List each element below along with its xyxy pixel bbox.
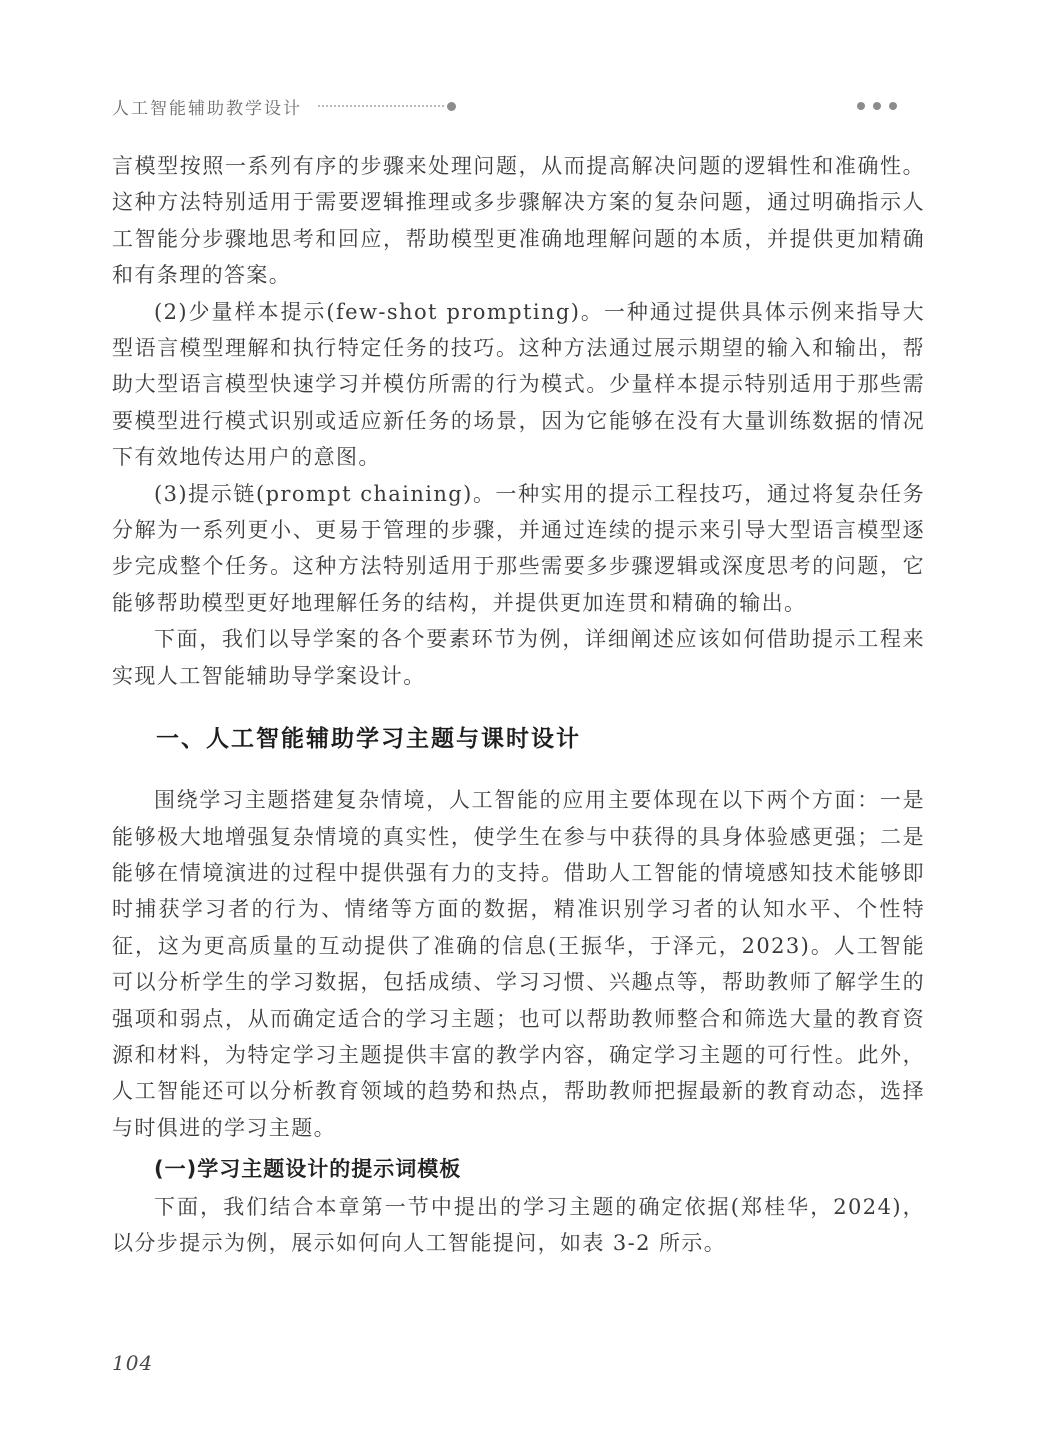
dot-icon xyxy=(873,102,881,110)
dotted-leader-line xyxy=(318,105,444,107)
leader-end-dot-icon xyxy=(447,102,456,111)
paragraph-closing: 下面，我们结合本章第一节中提出的学习主题的确定依据(郑桂华，2024)，以分步提… xyxy=(112,1189,925,1262)
paragraph-transition: 下面，我们以导学案的各个要素环节为例，详细阐述应该如何借助提示工程来实现人工智能… xyxy=(112,621,925,694)
subsection-heading: (一)学习主题设计的提示词模板 xyxy=(112,1151,925,1187)
paragraph-continuation: 言模型按照一系列有序的步骤来处理问题，从而提高解决问题的逻辑性和准确性。这种方法… xyxy=(112,148,925,294)
header-ellipsis-icon xyxy=(857,102,897,110)
dot-icon xyxy=(857,102,865,110)
paragraph-learning-theme: 围绕学习主题搭建复杂情境，人工智能的应用主要体现在以下两个方面：一是能够极大地增… xyxy=(112,782,925,1146)
header-leader-dots xyxy=(318,102,456,111)
paragraph-few-shot-prompting: (2)少量样本提示(few-shot prompting)。一种通过提供具体示例… xyxy=(112,294,925,476)
running-header: 人工智能辅助教学设计 xyxy=(112,92,925,120)
section-heading: 一、人工智能辅助学习主题与课时设计 xyxy=(156,721,925,757)
paragraph-prompt-chaining: (3)提示链(prompt chaining)。一种实用的提示工程技巧，通过将复… xyxy=(112,476,925,622)
running-header-title: 人工智能辅助教学设计 xyxy=(112,94,302,119)
page-content: 言模型按照一系列有序的步骤来处理问题，从而提高解决问题的逻辑性和准确性。这种方法… xyxy=(112,148,925,1261)
book-page: 人工智能辅助教学设计 言模型按照一系列有序的步骤来处理问题，从而提高解决问题的逻… xyxy=(0,0,1040,1453)
page-number: 104 xyxy=(112,1351,153,1375)
dot-icon xyxy=(889,102,897,110)
